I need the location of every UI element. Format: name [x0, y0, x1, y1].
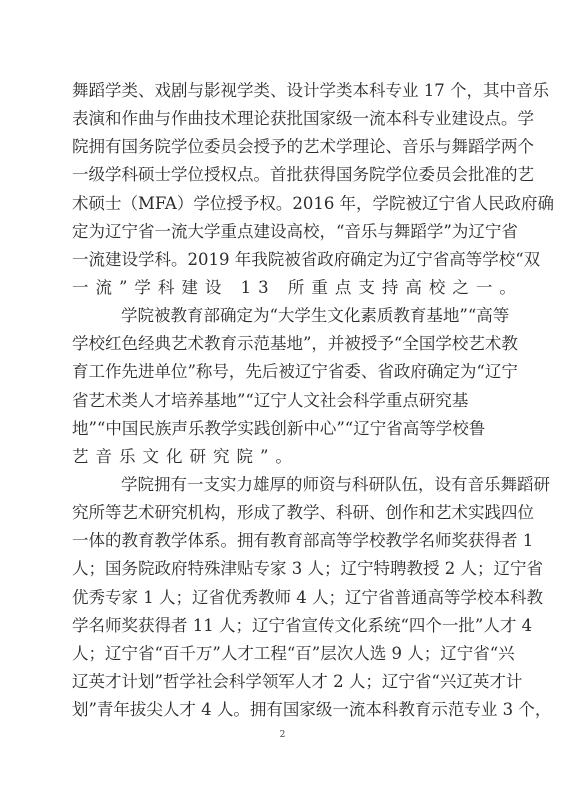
paragraph-first-line: 学院拥有一支实力雄厚的师资与科研队伍，设有音乐舞蹈研: [72, 471, 493, 499]
text-line: 定为辽宁省一流大学重点建设高校，“音乐与舞蹈学”为辽宁省: [72, 218, 493, 246]
text-line: 究所等艺术研究机构，形成了教学、科研、创作和艺术实践四位: [72, 499, 493, 527]
text-line: 育工作先进单位”称号，先后被辽宁省委、省政府确定为“辽宁: [72, 358, 493, 386]
page-number: 2: [0, 730, 565, 740]
text-line: 人；国务院政府特殊津贴专家 3 人；辽宁特聘教授 2 人；辽宁省: [72, 555, 493, 583]
text-line: 一级学科硕士学位授权点。首批获得国务院学位委员会批准的艺: [72, 161, 493, 189]
body-text: 舞蹈学类、戏剧与影视学类、设计学类本科专业 17 个，其中音乐 表演和作曲与作曲…: [72, 77, 493, 724]
text-line: 艺音乐文化研究院”。: [72, 443, 493, 471]
text-line: 学名师奖获得者 11 人；辽宁省宣传文化系统“四个一批”人才 4: [72, 612, 493, 640]
text-line: 一流”学科建设 13 所重点支持高校之一。: [72, 274, 493, 302]
text-line: 表演和作曲与作曲技术理论获批国家级一流本科专业建设点。学: [72, 105, 493, 133]
text-line: 一流建设学科。2019 年我院被省政府确定为辽宁省高等学校“双: [72, 246, 493, 274]
text-line: 辽英才计划”哲学社会科学领军人才 2 人；辽宁省“兴辽英才计: [72, 668, 493, 696]
text-line: 学校红色经典艺术教育示范基地”，并被授予“全国学校艺术教: [72, 330, 493, 358]
text-line: 省艺术类人才培养基地”“辽宁人文社会科学重点研究基: [72, 387, 493, 415]
text-line: 划”青年拔尖人才 4 人。拥有国家级一流本科教育示范专业 3 个，: [72, 696, 493, 724]
text-line: 地”“中国民族声乐教学实践创新中心”“辽宁省高等学校鲁: [72, 415, 493, 443]
text-line: 一体的教育教学体系。拥有教育部高等学校教学名师奖获得者 1: [72, 527, 493, 555]
text-line: 人；辽宁省“百千万”人才工程“百”层次人选 9 人；辽宁省“兴: [72, 640, 493, 668]
document-page: 舞蹈学类、戏剧与影视学类、设计学类本科专业 17 个，其中音乐 表演和作曲与作曲…: [0, 0, 565, 800]
paragraph-first-line: 学院被教育部确定为“大学生文化素质教育基地”“高等: [72, 302, 493, 330]
text-line: 术硕士（MFA）学位授予权。2016 年，学院被辽宁省人民政府确: [72, 190, 493, 218]
text-line: 院拥有国务院学位委员会授予的艺术学理论、音乐与舞蹈学两个: [72, 133, 493, 161]
text-line: 优秀专家 1 人；辽省优秀教师 4 人；辽宁省普通高等学校本科教: [72, 584, 493, 612]
text-line: 舞蹈学类、戏剧与影视学类、设计学类本科专业 17 个，其中音乐: [72, 77, 493, 105]
